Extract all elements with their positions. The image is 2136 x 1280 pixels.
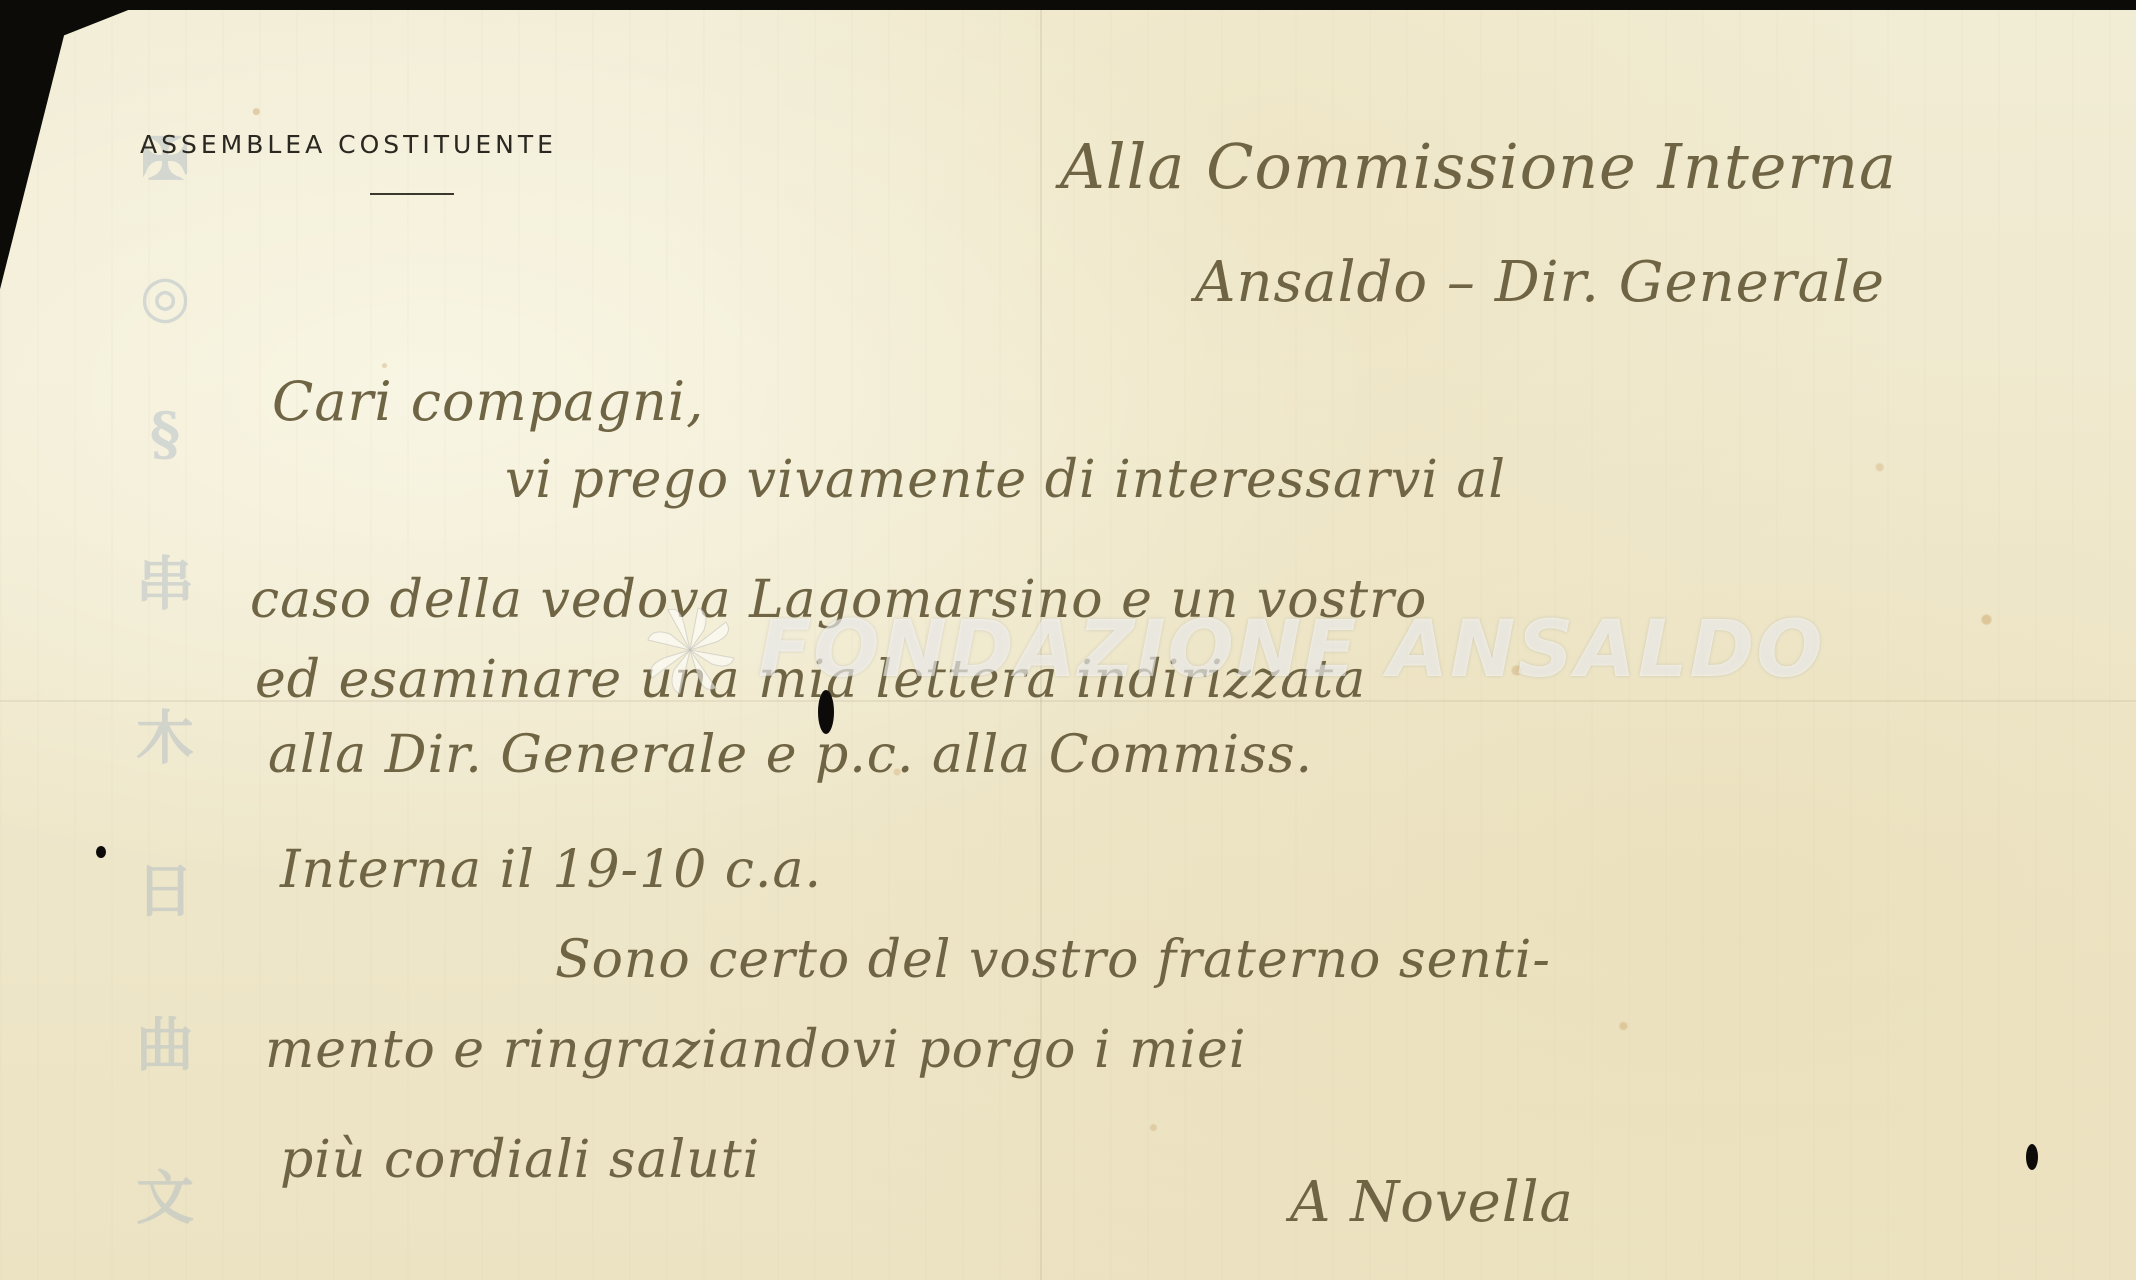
salutation: Cari compagni, <box>272 370 704 433</box>
emblem-glyph: ◎ <box>140 262 191 330</box>
body-line: vi prego vivamente di interessarvi al <box>505 450 1506 510</box>
emblem-glyph: 日 <box>136 844 194 928</box>
body-line: Interna il 19-10 c.a. <box>280 840 822 900</box>
ink-blot <box>96 846 106 858</box>
signature: A Novella <box>1290 1170 1574 1235</box>
body-line: più cordiali saluti <box>280 1130 760 1190</box>
letterhead-rule <box>370 193 454 195</box>
body-line: caso della vedova Lagomarsino e un vostr… <box>250 570 1427 630</box>
body-line: mento e ringraziandovi porgo i miei <box>265 1020 1246 1080</box>
body-line: alla Dir. Generale e p.c. alla Commiss. <box>268 725 1313 785</box>
ink-blot <box>2026 1144 2038 1170</box>
emblem-glyph: 木 <box>136 691 194 775</box>
letter-paper: ✠ ◎ § 串 木 日 曲 文 ASSEMBLEA COSTITUENTE Al… <box>0 10 2136 1280</box>
recipient-line-2: Ansaldo – Dir. Generale <box>1195 250 1885 315</box>
ink-blot <box>818 690 834 734</box>
recipient-line-1: Alla Commissione Interna <box>1060 130 1897 203</box>
body-line: ed esaminare una mia lettera indirizzata <box>255 650 1366 710</box>
letterhead-title: ASSEMBLEA COSTITUENTE <box>140 130 557 159</box>
body-line: Sono certo del vostro fraterno senti- <box>555 930 1551 990</box>
emblem-glyph: 曲 <box>136 998 194 1082</box>
emblem-glyph: 串 <box>136 537 194 621</box>
vertical-fold-line <box>1040 10 1042 1280</box>
emblem-glyph: § <box>150 400 180 468</box>
emblem-glyph: 文 <box>136 1151 194 1235</box>
margin-emblem-watermark: ✠ ◎ § 串 木 日 曲 文 <box>120 90 210 1270</box>
